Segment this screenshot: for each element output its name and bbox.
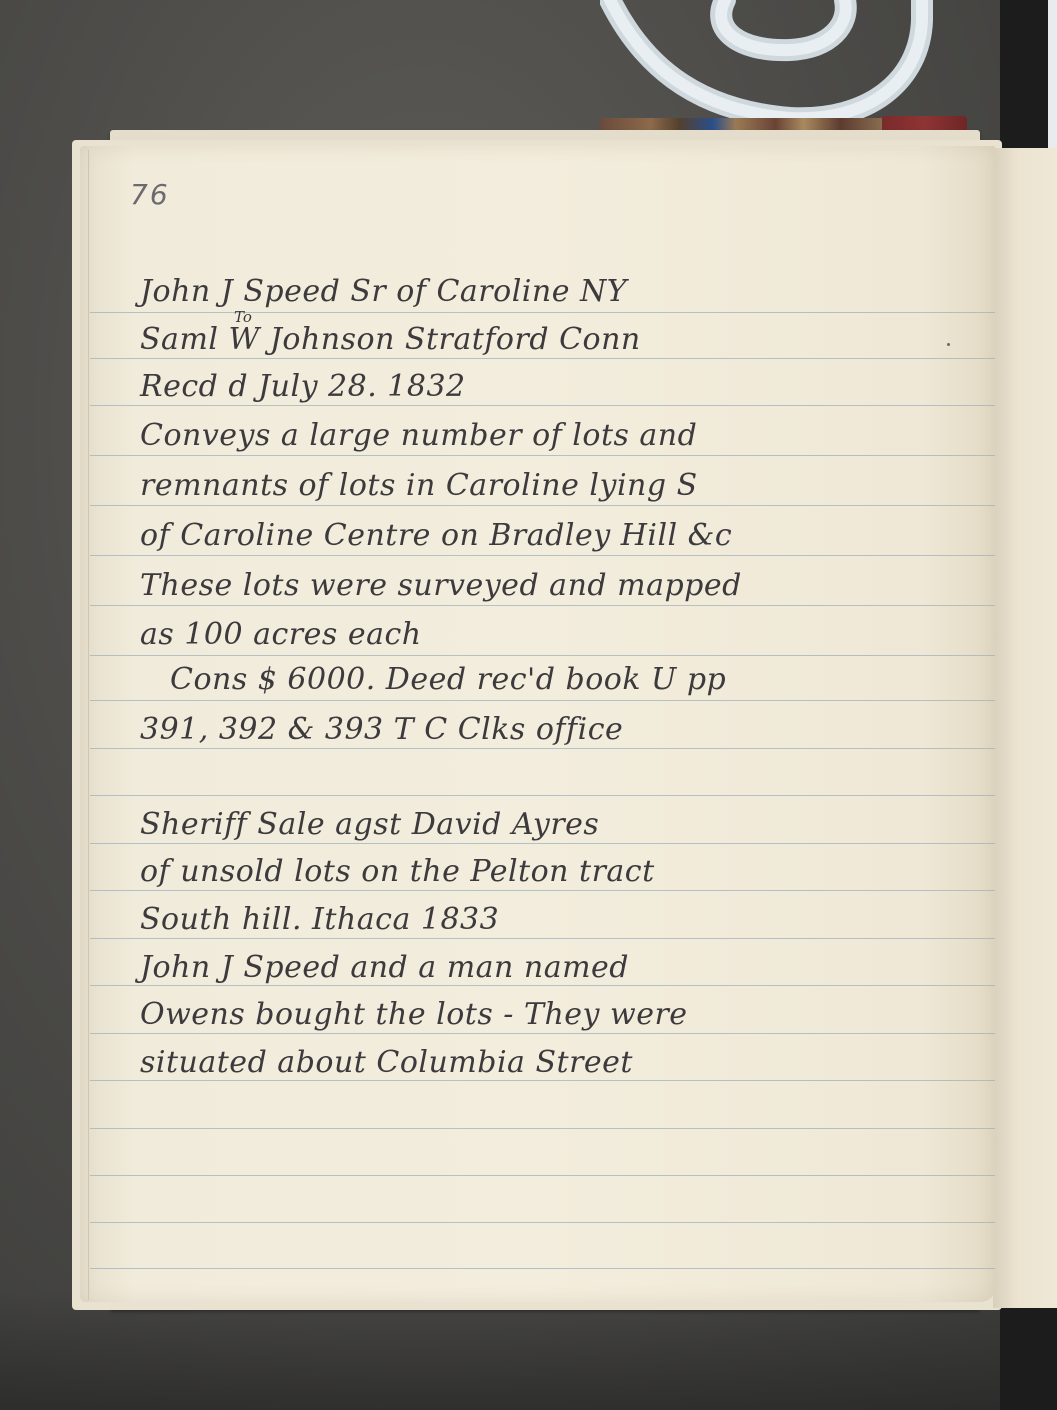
entry1-line7: These lots were surveyed and mapped: [140, 566, 742, 606]
entry2-line6: situated about Columbia Street: [140, 1043, 633, 1083]
right-edge-highlight: [1048, 0, 1057, 150]
entry1-line6: of Caroline Centre on Bradley Hill &c: [140, 516, 732, 556]
entry1-line2: Saml W Johnson Stratford Conn: [140, 320, 641, 360]
entry1-line5: remnants of lots in Caroline lying S: [140, 466, 698, 506]
entry2-line5: Owens bought the lots - They were: [140, 995, 688, 1035]
ruled-line: [90, 1128, 995, 1129]
entry1-line4: Conveys a large number of lots and: [140, 416, 697, 456]
page-number: 76: [130, 178, 170, 211]
ink-dot: [947, 343, 950, 346]
entry2-line1: Sheriff Sale agst David Ayres: [140, 805, 599, 845]
entry2-line2: of unsold lots on the Pelton tract: [140, 852, 655, 892]
ruled-line: [90, 1268, 995, 1269]
entry1-line1: John J Speed Sr of Caroline NY: [140, 272, 627, 312]
ruled-line: [90, 655, 995, 656]
ruled-line: [90, 1222, 995, 1223]
facing-page: [993, 148, 1057, 1308]
ruled-line: [90, 1175, 995, 1176]
entry1-line10: 391, 392 & 393 T C Clks office: [140, 710, 623, 750]
entry2-line4: John J Speed and a man named: [140, 948, 629, 988]
ruled-line: [90, 795, 995, 796]
entry1-line3: Recd d July 28. 1832: [140, 367, 466, 407]
ruled-line: [90, 312, 995, 313]
entry1-line8: as 100 acres each: [140, 615, 422, 655]
ruled-line: [90, 700, 995, 701]
entry2-line3: South hill. Ithaca 1833: [140, 900, 499, 940]
page-edge: [88, 150, 89, 1300]
entry1-line9: Cons $ 6000. Deed rec'd book U pp: [170, 660, 726, 700]
white-cord-icon: [600, 0, 940, 125]
